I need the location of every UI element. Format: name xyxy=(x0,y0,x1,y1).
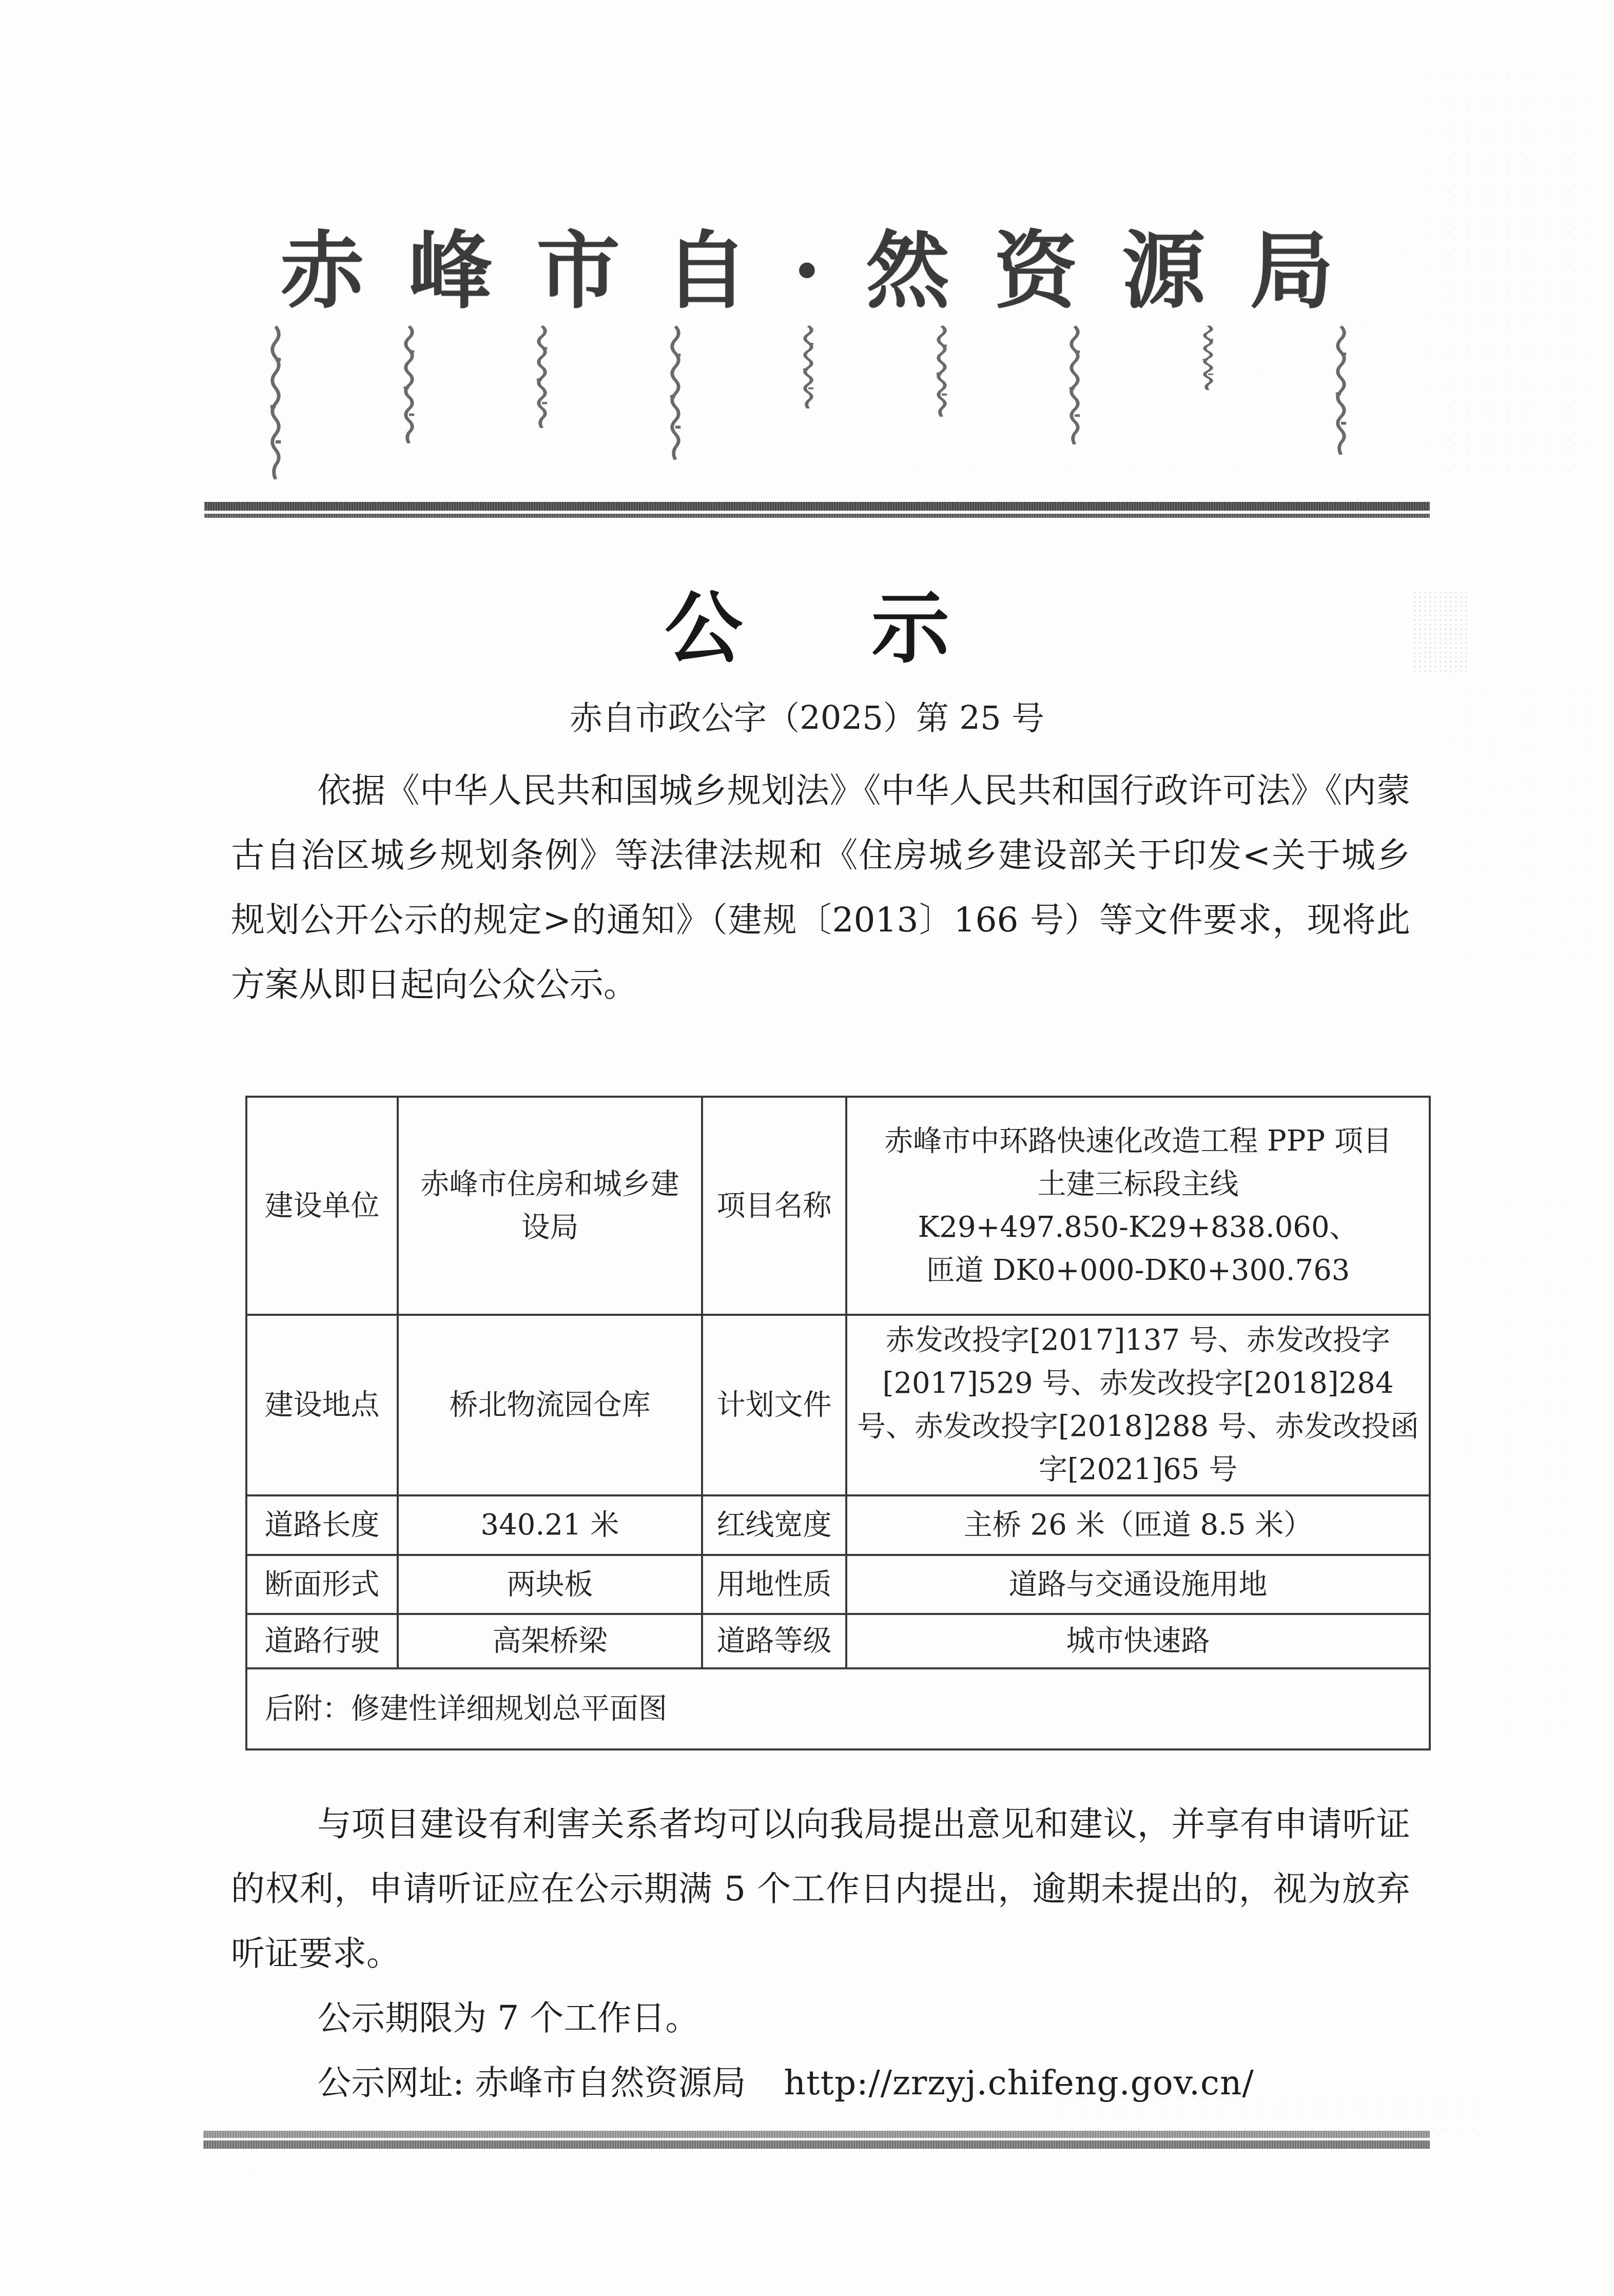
mongolian-script-row xyxy=(267,325,1350,479)
table-row: 断面形式 两块板 用地性质 道路与交通设施用地 xyxy=(246,1555,1430,1614)
divider-bar xyxy=(203,2141,1430,2149)
cell-value-plan-documents: 赤发改投字[2017]137 号、赤发改投字[2017]529 号、赤发改投字[… xyxy=(846,1315,1430,1495)
objection-rights-paragraph: 与项目建设有利害关系者均可以向我局提出意见和建议，并享有申请听证的权利，申请听证… xyxy=(231,1792,1410,1986)
cell-label-road-length: 道路长度 xyxy=(246,1495,398,1555)
table-row: 建设单位 赤峰市住房和城乡建设局 项目名称 赤峰市中环路快速化改造工程 PPP … xyxy=(246,1097,1430,1315)
document-number: 赤自市政公字（2025）第 25 号 xyxy=(0,692,1614,739)
mongolian-script-glyph xyxy=(1199,325,1217,390)
publicity-period-paragraph: 公示期限为 7 个工作日。 xyxy=(231,1986,1410,2051)
publicity-website-line: 公示网址: 赤峰市自然资源局http://zrzyj.chifeng.gov.c… xyxy=(231,2051,1410,2115)
cell-value-project-name: 赤峰市中环路快速化改造工程 PPP 项目 土建三标段主线 K29+497.850… xyxy=(846,1097,1430,1315)
cell-label-plan-documents: 计划文件 xyxy=(702,1315,846,1495)
project-name-line: 赤峰市中环路快速化改造工程 PPP 项目 xyxy=(857,1120,1419,1163)
website-label: 公示网址: 赤峰市自然资源局 xyxy=(317,2063,746,2103)
cell-value-construction-site: 桥北物流园仓库 xyxy=(398,1315,702,1495)
divider-bar xyxy=(203,2131,1430,2138)
table-row: 后附：修建性详细规划总平面图 xyxy=(246,1668,1430,1749)
scan-artifact xyxy=(221,2155,939,2186)
cell-label-redline-width: 红线宽度 xyxy=(702,1495,846,1555)
project-name-line: 匝道 DK0+000-DK0+300.763 xyxy=(857,1249,1419,1292)
table-row: 道路长度 340.21 米 红线宽度 主桥 26 米（匝道 8.5 米） xyxy=(246,1495,1430,1555)
divider-bar xyxy=(204,502,1430,511)
notice-title: 公示 xyxy=(0,585,1614,671)
cell-value-redline-width: 主桥 26 米（匝道 8.5 米） xyxy=(846,1495,1430,1555)
cell-label-road-grade: 道路等级 xyxy=(702,1614,846,1668)
mongolian-script-glyph xyxy=(1332,325,1350,455)
cell-value-road-grade: 城市快速路 xyxy=(846,1614,1430,1668)
table-row: 建设地点 桥北物流园仓库 计划文件 赤发改投字[2017]137 号、赤发改投字… xyxy=(246,1315,1430,1495)
project-info-table: 建设单位 赤峰市住房和城乡建设局 项目名称 赤峰市中环路快速化改造工程 PPP … xyxy=(245,1096,1431,1750)
website-url: http://zrzyj.chifeng.gov.cn/ xyxy=(784,2063,1254,2103)
cell-value-road-travel: 高架桥梁 xyxy=(398,1614,702,1668)
footer-divider xyxy=(203,2131,1430,2149)
cell-label-project-name: 项目名称 xyxy=(702,1097,846,1315)
project-name-line: K29+497.850-K29+838.060、 xyxy=(857,1206,1419,1249)
cell-label-construction-site: 建设地点 xyxy=(246,1315,398,1495)
scan-artifact xyxy=(1463,1180,1591,1745)
legal-basis-paragraph: 依据《中华人民共和国城乡规划法》《中华人民共和国行政许可法》《内蒙古自治区城乡规… xyxy=(231,758,1410,1017)
cell-label-land-use: 用地性质 xyxy=(702,1555,846,1614)
cell-value-section-form: 两块板 xyxy=(398,1555,702,1614)
closing-section: 与项目建设有利害关系者均可以向我局提出意见和建议，并享有申请听证的权利，申请听证… xyxy=(231,1792,1410,2115)
cell-attachment-note: 后附：修建性详细规划总平面图 xyxy=(246,1668,1430,1749)
mongolian-script-glyph xyxy=(800,325,817,408)
divider-bar xyxy=(204,514,1430,518)
cell-value-land-use: 道路与交通设施用地 xyxy=(846,1555,1430,1614)
mongolian-script-glyph xyxy=(400,325,418,443)
mongolian-script-glyph xyxy=(933,325,950,417)
mongolian-script-glyph xyxy=(1066,325,1083,444)
mongolian-script-glyph xyxy=(533,325,551,428)
project-name-line: 土建三标段主线 xyxy=(857,1163,1419,1206)
scanned-notice-page: 赤峰市自·然资源局 公示 赤自市政公字（2025）第 25 号 依据《中华人民共… xyxy=(0,0,1614,2296)
cell-value-road-length: 340.21 米 xyxy=(398,1495,702,1555)
cell-label-section-form: 断面形式 xyxy=(246,1555,398,1614)
mongolian-script-glyph xyxy=(267,325,284,479)
cell-label-road-travel: 道路行驶 xyxy=(246,1614,398,1668)
table-row: 道路行驶 高架桥梁 道路等级 城市快速路 xyxy=(246,1614,1430,1668)
mongolian-script-glyph xyxy=(667,325,684,460)
letterhead-divider xyxy=(204,502,1430,518)
cell-label-construction-unit: 建设单位 xyxy=(246,1097,398,1315)
cell-value-construction-unit: 赤峰市住房和城乡建设局 xyxy=(398,1097,702,1315)
agency-name-heading: 赤峰市自·然资源局 xyxy=(0,225,1614,317)
